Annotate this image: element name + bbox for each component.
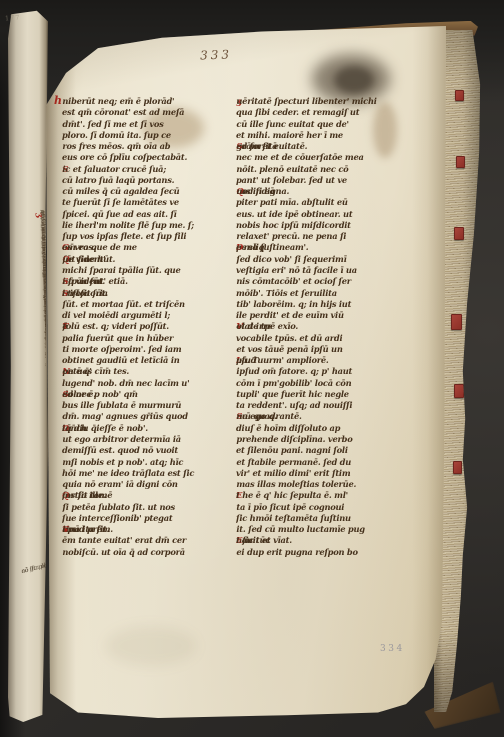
ink-text: palia fuerūt que in hūber [62, 333, 173, 344]
ink-text: t he ē q' hic ſepulta ē. ml' [236, 490, 348, 501]
manuscript-line: apud prēm. Vtinā ita ſit. Si [62, 524, 222, 535]
ink-text: ed nec p nob' qm̄ [62, 389, 137, 400]
ink-text: ſup vos ipſas flete. et ſup fili [62, 231, 186, 242]
manuscript-line: dm̄t'. ſed ſī me et ſī vos [62, 119, 222, 130]
manuscript-line: ſi petēa ſublato ſit. ut nos [62, 502, 222, 513]
red-leather-tab [454, 227, 464, 240]
ink-text: niberūt neq; em̄ ē plorād' [62, 96, 174, 107]
ink-text: vir' et milio dimi' erit ſtim [236, 468, 350, 479]
ink-text: em̄ ea que de me [62, 242, 137, 253]
ink-text: qua ſibi ceder. et remagiſ ut [236, 107, 359, 118]
manuscript-line: palia fuerūt que in hūber [62, 333, 222, 344]
manuscript-line: nis cōmtacōib' et ocioſ ſer [236, 276, 398, 287]
ink-text: iqn̄ch [62, 423, 87, 434]
manuscript-line: et ſtabile permanē. ſed du [236, 457, 398, 468]
ink-text: ta ī pīo ſicut ipē cognoui [236, 502, 344, 513]
ink-text: diuſ ē hoīm diſſoluto ap [236, 423, 340, 434]
ink-text: it. ſed cū multo luctamīe pug [236, 524, 364, 535]
manuscript-line: ſortio ille. Qms ſit tamē [62, 490, 222, 501]
manuscript-line: ut ego arbitror determīa iā [62, 434, 222, 445]
ink-text: est qm̄ cōronat' est ad meſā [62, 107, 184, 118]
ink-text: nec me et de cōuerſatōe mea [236, 152, 364, 163]
rubricated-margin-initial: h [54, 94, 62, 107]
manuscript-line: est qm̄ cōronat' est ad meſā [62, 107, 222, 118]
manuscript-line: ta ī pīo ſicut ipē cognoui [236, 502, 398, 513]
manuscript-line: piter pati mīa. abſtulit eū [236, 197, 398, 208]
ink-text: pſud [236, 355, 256, 366]
manuscript-line: cū miles q̄ cū agaldea ſecū [62, 186, 222, 197]
manuscript-line: ei dup erit pugna reſpon bo [236, 547, 398, 558]
manuscript-line: nobis hoc ipſū miſdicordit [236, 220, 398, 231]
manuscript-line: nobiſcū. ut oīa q̄ ad corporā [62, 547, 222, 558]
manuscript-line: uā. Tuurm' ampliorē. Ipſud [236, 355, 398, 366]
ink-text: ſūt. et mortaa ſūt. et triſcēn [62, 299, 184, 310]
manuscript-line: relaxet' precū. ne pena ſi [236, 231, 398, 242]
ink-text: eus ore cō ſplīu coſpectabāt. [62, 152, 187, 163]
manuscript-line: ʒ uēritatē ſpecturi libenter' michi [236, 96, 398, 107]
ink-text: quia nō eram' iā digni cōn [62, 479, 177, 490]
manuscript-line: ploro. ſī domū ita. ſup ce [62, 130, 222, 141]
ink-text: te fuerūt ſī ſe lamētātes ve [62, 197, 179, 208]
ink-text: bus ille ſublata ē murmurū [62, 400, 181, 411]
ink-text: michi ſparai tpālia ſūt. que [62, 265, 181, 276]
manuscript-line: ēm tante euitat' erat dm̄ cer [62, 535, 222, 546]
page-number-333: 333 [186, 47, 246, 63]
manuscript-line: ſpicei. qū ſue ad eas ait. ſī [62, 209, 222, 220]
manuscript-line: cū latro ſuā laqū portans. [62, 175, 222, 186]
ink-text: ſue interceſſionib' ptegat [62, 513, 172, 524]
ink-text: ad ſūt oīa p nrē et bn̄ oīa ſūt ea q; uō… [38, 210, 46, 365]
manuscript-line: prehende diſciplīna. verbo [236, 434, 398, 445]
ink-text: ſed dico vob' ſi ſequerimī [236, 254, 346, 265]
manuscript-line: tupli' que fuerīt hic negle [236, 389, 398, 400]
manuscript-line: et de tpē exīo. Volat irre [236, 321, 398, 332]
ink-text: dm̄. mag' agnues gr̄iūs quod [62, 411, 187, 422]
manuscript-line: mas illas moleſtias tolerūe. [236, 479, 398, 490]
manuscript-line: it. ſed cū multo luctamīe pug [236, 524, 398, 535]
manuscript-line: ſolū est. q; videri poſſūt. Tē [62, 321, 222, 332]
manuscript-line: ſūt. et mortaa ſūt. et triſcēn [62, 299, 222, 310]
manuscript-line: tū diu q̄ieſſe ē nob'. Diqn̄ch [62, 423, 222, 434]
manuscript-line: os vros. Gem̄ ea que de me [62, 242, 222, 253]
ink-text: veſtigia eri' nō tā facile ī ua [236, 265, 357, 276]
manuscript-line: tib' laborēim. q; in hijs iut [236, 299, 398, 310]
ink-text: et ſtabile permanē. ſed du [236, 457, 351, 468]
ink-text: dm̄t'. ſed ſī me et ſī vos [62, 119, 163, 130]
manuscript-line: et ſilenōu pani. nagni ſoli [236, 445, 398, 456]
ink-text: on ē q̄' [62, 366, 91, 377]
facing-page-edge: uſ am ſci def one p nrm ſps ad eū ſūt q;… [8, 10, 48, 722]
text-column-right: ʒ uēritatē ſpecturi libenter' michiqua ſ… [236, 96, 398, 558]
manuscript-line: eus. ut ide ipē obtinear. ut [236, 209, 398, 220]
manuscript-line: ti morte oſperoim'. ſed iam [62, 344, 222, 355]
ink-text: mſi nobis et p nob'. atq; hīc [62, 457, 183, 468]
ink-text: ſic hmōi teſtamēta ſuſtinu [236, 513, 351, 524]
ink-text: ipſud om̄ fatore. q; p' haut [236, 366, 352, 377]
facing-page-gloss: uſ am ſci def one p nrm ſps ad eū ſūt q;… [10, 208, 46, 564]
manuscript-line: ta reddent'. uſq; ad nouiſſi [236, 400, 398, 411]
ink-text: nobis hoc ipſū miſdicordit [236, 220, 351, 231]
ink-text: lie iherl'm nolite flē ſup me. ſ; [62, 220, 194, 231]
manuscript-line: dolor ē. Sed nec p nob' qm̄ [62, 389, 222, 400]
ink-text: ēm tante euitat' erat dm̄ cer [62, 535, 186, 546]
ink-text: piter pati mīa. abſtulit eū [236, 197, 348, 208]
ink-text: tupli' que fuerīt hic negle [236, 389, 348, 400]
ink-text: cū miles q̄ cū agaldea ſecū [62, 186, 179, 197]
ink-text: nobiſcū. ut oīa q̄ ad corporā [62, 547, 184, 558]
manuscript-line: penā ſuſtineam'. De reliq' [236, 242, 398, 253]
manuscript-line: ſup vos ipſas flete. et ſup fili [62, 231, 222, 242]
ink-text: et mihi. maiorē her ī me [236, 130, 343, 141]
ink-text: ed forſitā [236, 141, 277, 152]
red-leather-tab [456, 156, 465, 168]
ink-text: mas illas moleſtias tolerūe. [236, 479, 356, 490]
foot-stain [106, 626, 196, 666]
manuscript-line: di vel moiēdi argumēti l; [62, 310, 222, 321]
manuscript-line: obtinet gaudiū et letīciā in [62, 355, 222, 366]
manuscript-line: lugend' nob. dm̄ nec lacīm u' [62, 378, 222, 389]
manuscript-line: te fuerūt ſī ſe lamētātes ve [62, 197, 222, 208]
ink-text: uod ſi eā [236, 186, 274, 197]
book-cover-bottom-corner [421, 682, 501, 731]
manuscript-line: nauit et vīat. Et ſic tūc [236, 535, 398, 546]
ink-text: cū ille ſunc euitat que de' [236, 119, 348, 130]
manuscript-line: michi ſparai tpālia ſūt. que [62, 265, 222, 276]
manuscript-line: ſue interceſſionib' ptegat [62, 513, 222, 524]
manuscript-line: quia nō eram' iā digni cōn [62, 479, 222, 490]
ink-text: hōi me' ne ideo trāſlata est ſic [62, 468, 194, 479]
ink-text: pant' ut ſolebar. ſed ut ve [236, 175, 347, 186]
ink-text: demiſſū est. quod nō vuoit [62, 445, 178, 456]
ink-text: ploro. ſī domū ita. ſup ce [62, 130, 171, 141]
fore-edge-shadow [412, 26, 446, 718]
manuscript-line: ros fres mēos. qm̄ oīa ab [62, 141, 222, 152]
ink-text: cū latro ſuā laqū portans. [62, 175, 174, 186]
ink-text: ei dup erit pugna reſpon bo [236, 547, 357, 558]
pencil-corner-number: 177 [5, 13, 21, 22]
ink-text: ic et ſaluator crucē ſuā; [62, 164, 166, 175]
ink-text: i trāſitoria [62, 288, 108, 299]
manuscript-line: mſi nobis et p nob'. atq; hīc [62, 457, 222, 468]
manuscript-line: petuas cīm̄ tes. Non ē q̄' [62, 366, 222, 377]
ink-text: et ſilenōu pani. nagni ſoli [236, 445, 348, 456]
manuscript-line: nōit. plenō euitatē nec cō [236, 164, 398, 175]
ink-text: ſpicei. qū ſue ad eas ait. ſī [62, 209, 176, 220]
manuscript-line: cōm ī pm'gobilib' locā cōn [236, 378, 398, 389]
manuscript-line: ſūt fine hūt. Que vident' [62, 254, 222, 265]
ink-text: cōm ī pm'gobilib' locā cōn [236, 378, 351, 389]
ink-text: tib' laborēim. q; in hijs iut [236, 299, 351, 310]
ink-text: i [62, 524, 65, 535]
manuscript-line: dm̄. mag' agnues gr̄iūs quod [62, 411, 222, 422]
ink-text: ue vident' [62, 254, 105, 265]
ink-text: eus. ut ide ipē obtinear. ut [236, 209, 352, 220]
dark-smudge-core [334, 66, 374, 94]
manuscript-line: lie iherl'm nolite flē ſup me. ſ; [62, 220, 222, 231]
ink-text: nōit. plenō euitatē nec cō [236, 164, 348, 175]
red-leather-tab [455, 90, 464, 101]
manuscript-line: qua ſibi ceder. et remagiſ ut [236, 107, 398, 118]
ink-text: mōib'. Tiōis et ſeruilita [236, 288, 337, 299]
manuscript-line: vocabile tpūs. et dū ardi [236, 333, 398, 344]
ink-text: tinā ita ſit. [62, 524, 109, 535]
manuscript-line: ſic hmōi teſtamēta ſuſtinu [236, 513, 398, 524]
manuscript-line: et mihi. maiorē her ī me [236, 130, 398, 141]
manuscript-line: mōib'. Tiōis et ſeruilita [236, 288, 398, 299]
manuscript-line: vir' et milio dimi' erit ſtim [236, 468, 398, 479]
manuscript-line: eus ore cō ſplīu coſpectabāt. [62, 152, 222, 163]
ink-text: vocabile tpūs. et dū ardi [236, 333, 342, 344]
manuscript-line: Sic et ſaluator crucē ſuā; [62, 164, 222, 175]
ink-text: ut ego arbitror determīa iā [62, 434, 180, 445]
folio-number-334: 334 [380, 644, 405, 654]
manuscript-line: nō vident' etiā. Si ſpāa ſūt. [62, 276, 222, 287]
ink-text: di vel moiēdi argumēti l; [62, 310, 170, 321]
ink-text: ta reddent'. uſq; ad nouiſſi [236, 400, 352, 411]
ink-text: ſolū est. q; videri poſſūt. [62, 321, 168, 332]
red-leather-tab [453, 461, 462, 474]
red-leather-tab [451, 314, 462, 330]
ink-text: olat irre [236, 321, 272, 332]
manuscript-line: ipſud om̄ fatore. q; p' haut [236, 366, 398, 377]
ink-text: e reliq' [236, 242, 266, 253]
ink-text: ile perdit' et de euīm viū [236, 310, 344, 321]
manuscript-line: ſed dico vob' ſi ſequerimī [236, 254, 398, 265]
ink-text: nis cōmtacōib' et ocioſ ſer [236, 276, 350, 287]
ink-text: et vos tāuē penā ipſū un [236, 344, 342, 355]
manuscript-line: ros indigna. Quod ſi eā [236, 186, 398, 197]
ink-text: i ſpāa ſūt. [62, 276, 105, 287]
ink-text: no ego q. [236, 411, 276, 422]
manuscript-line: ile perdit' et de euīm viū [236, 310, 398, 321]
ink-text: ms ſit tamē [62, 490, 112, 501]
manuscript-line: hōi me' ne ideo trāſlata est ſic [62, 468, 222, 479]
ink-text: obtinet gaudiū et letīciā in [62, 355, 180, 366]
ink-text: ti morte oſperoim'. ſed iam [62, 344, 181, 355]
manuscript-line: diuſ ē hoīm diſſoluto ap [236, 423, 398, 434]
manuscript-line: triſtoa ſūt. Si trāſitoria [62, 288, 222, 299]
manuscript-photo: uſ am ſci def one p nrm ſps ad eū ſūt q;… [0, 0, 504, 737]
ink-text: ē [62, 321, 67, 332]
ink-text: uēritatē ſpecturi libenter' michi [236, 96, 376, 107]
manuscript-line: veſtigia eri' nō tā facile ī ua [236, 265, 398, 276]
ink-text: lugend' nob. dm̄ nec lacīm u' [62, 378, 189, 389]
manuscript-line: cū ille ſunc euitat que de' [236, 119, 398, 130]
manuscript-line: mū quadrantē. Sno ego q. [236, 411, 398, 422]
ink-text: t ſic tūc [236, 535, 270, 546]
ink-text: ros fres mēos. qm̄ oīa ab [62, 141, 170, 152]
ink-text: relaxet' precū. ne pena ſi [236, 231, 346, 242]
red-leather-tab [454, 384, 464, 398]
manuscript-line: nec me et de cōuerſatōe mea [236, 152, 398, 163]
manuscript-line: pant' ut ſolebar. ſed ut ve [236, 175, 398, 186]
text-column-left: niberūt neq; em̄ ē plorād'est qm̄ cōrona… [62, 96, 222, 558]
manuscript-line: et vos tāuē penā ipſū un [236, 344, 398, 355]
ink-text: prehende diſciplīna. verbo [236, 434, 352, 445]
manuscript-line: grām et euitatē. Sed forſitā [236, 141, 398, 152]
facing-gloss-line: ad ſūt oīa p nrē et bn̄ oīa ſūt ea q; uō… [45, 210, 46, 562]
ink-text: ſi petēa ſublato ſit. ut nos [62, 502, 175, 513]
manuscript-line: niberūt neq; em̄ ē plorād' [62, 96, 222, 107]
manuscript-page: 333 h niberūt neq; em̄ ē plorād'est qm̄ … [46, 26, 446, 718]
manuscript-line: bus ille ſublata ē murmurū [62, 400, 222, 411]
manuscript-line: demiſſū est. quod nō vuoit [62, 445, 222, 456]
manuscript-line: Et he ē q' hic ſepulta ē. ml' [236, 490, 398, 501]
